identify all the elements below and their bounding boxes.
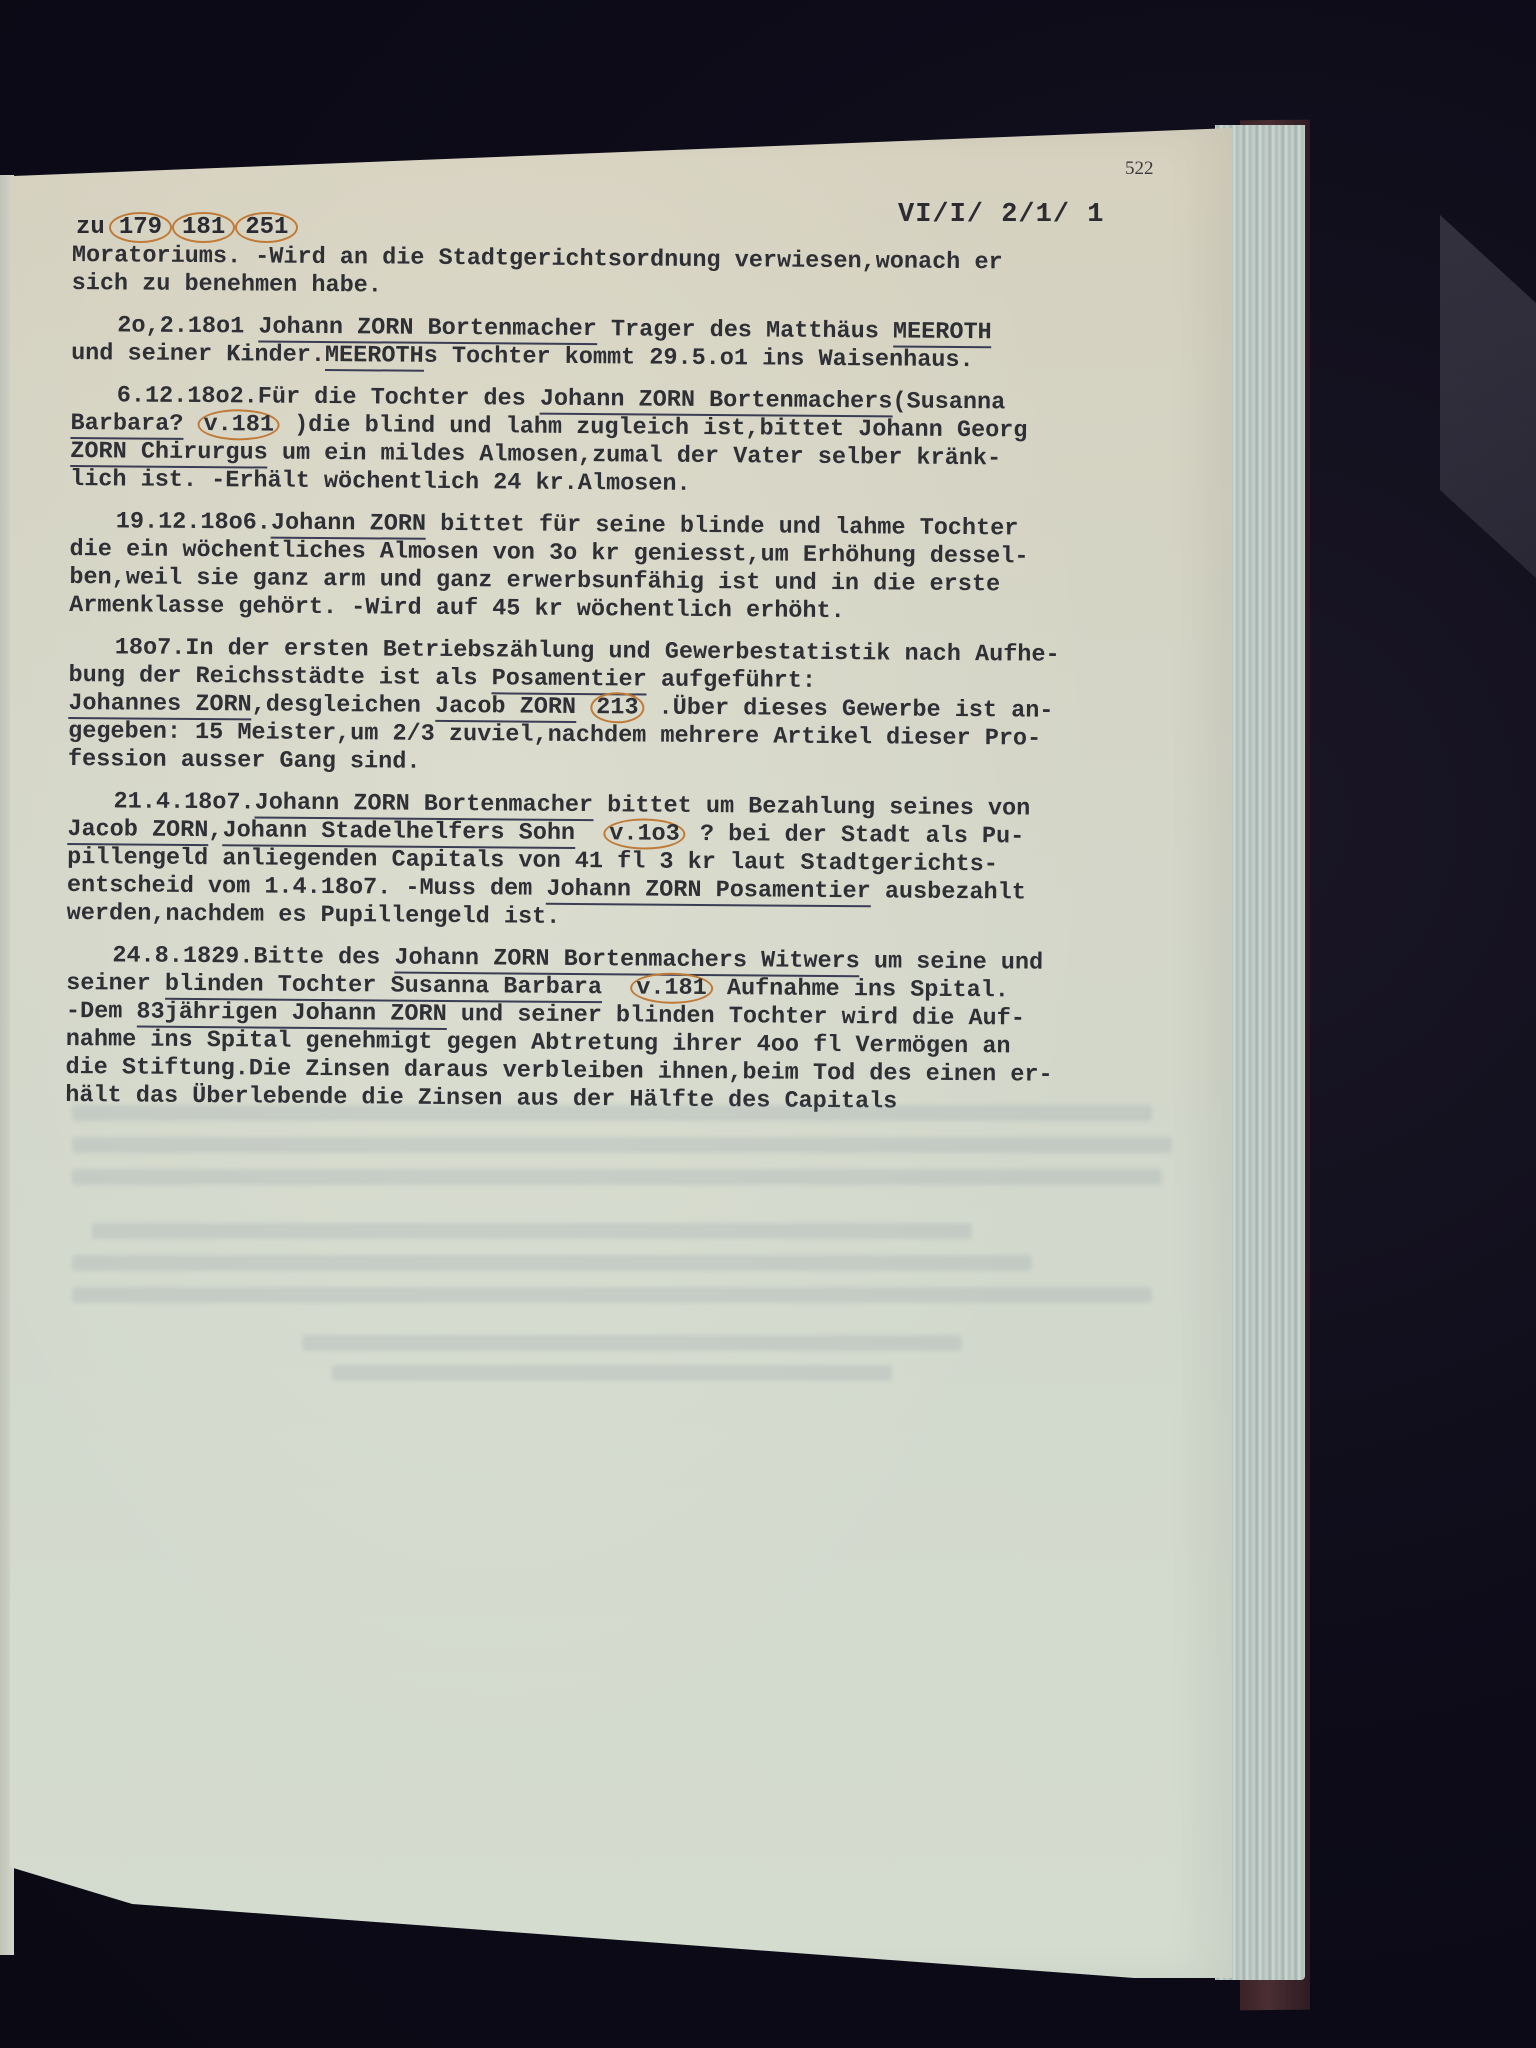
- archive-code: VI/I/ 2/1/ 1: [898, 200, 1104, 230]
- bleed-through-text: [72, 1095, 1172, 1375]
- reference-numbers: zu 179 181 251: [76, 212, 294, 243]
- paragraph: 21.4.18o7.Johann ZORN Bortenmacher bitte…: [67, 788, 1218, 937]
- reference-number-circled: 251: [235, 212, 298, 243]
- reference-prefix: zu: [76, 214, 105, 241]
- paragraph: 24.8.1829.Bitte des Johann ZORN Bortenma…: [65, 942, 1216, 1119]
- reference-number-circled: 179: [109, 212, 172, 243]
- circled-reference: v.181: [630, 972, 713, 1004]
- reference-number-circled: 181: [172, 212, 235, 243]
- background-object: [1440, 215, 1536, 1315]
- paragraph: Moratoriums. -Wird an die Stadtgerichtso…: [72, 242, 1222, 307]
- paragraph: 18o7.In der ersten Betriebszählung und G…: [68, 634, 1219, 783]
- circled-reference: 213: [590, 692, 645, 723]
- paragraph: 2o,2.18o1 Johann ZORN Bortenmacher Trage…: [71, 312, 1221, 377]
- paragraph: 6.12.18o2.Für die Tochter des Johann ZOR…: [70, 382, 1221, 503]
- circled-reference: v.1o3: [603, 818, 686, 850]
- circled-reference: v.181: [197, 409, 280, 441]
- typewritten-body: Moratoriums. -Wird an die Stadtgerichtso…: [65, 242, 1222, 1133]
- page-number: 522: [1125, 158, 1154, 180]
- paragraph: 19.12.18o6.Johann ZORN bittet für seine …: [69, 508, 1220, 629]
